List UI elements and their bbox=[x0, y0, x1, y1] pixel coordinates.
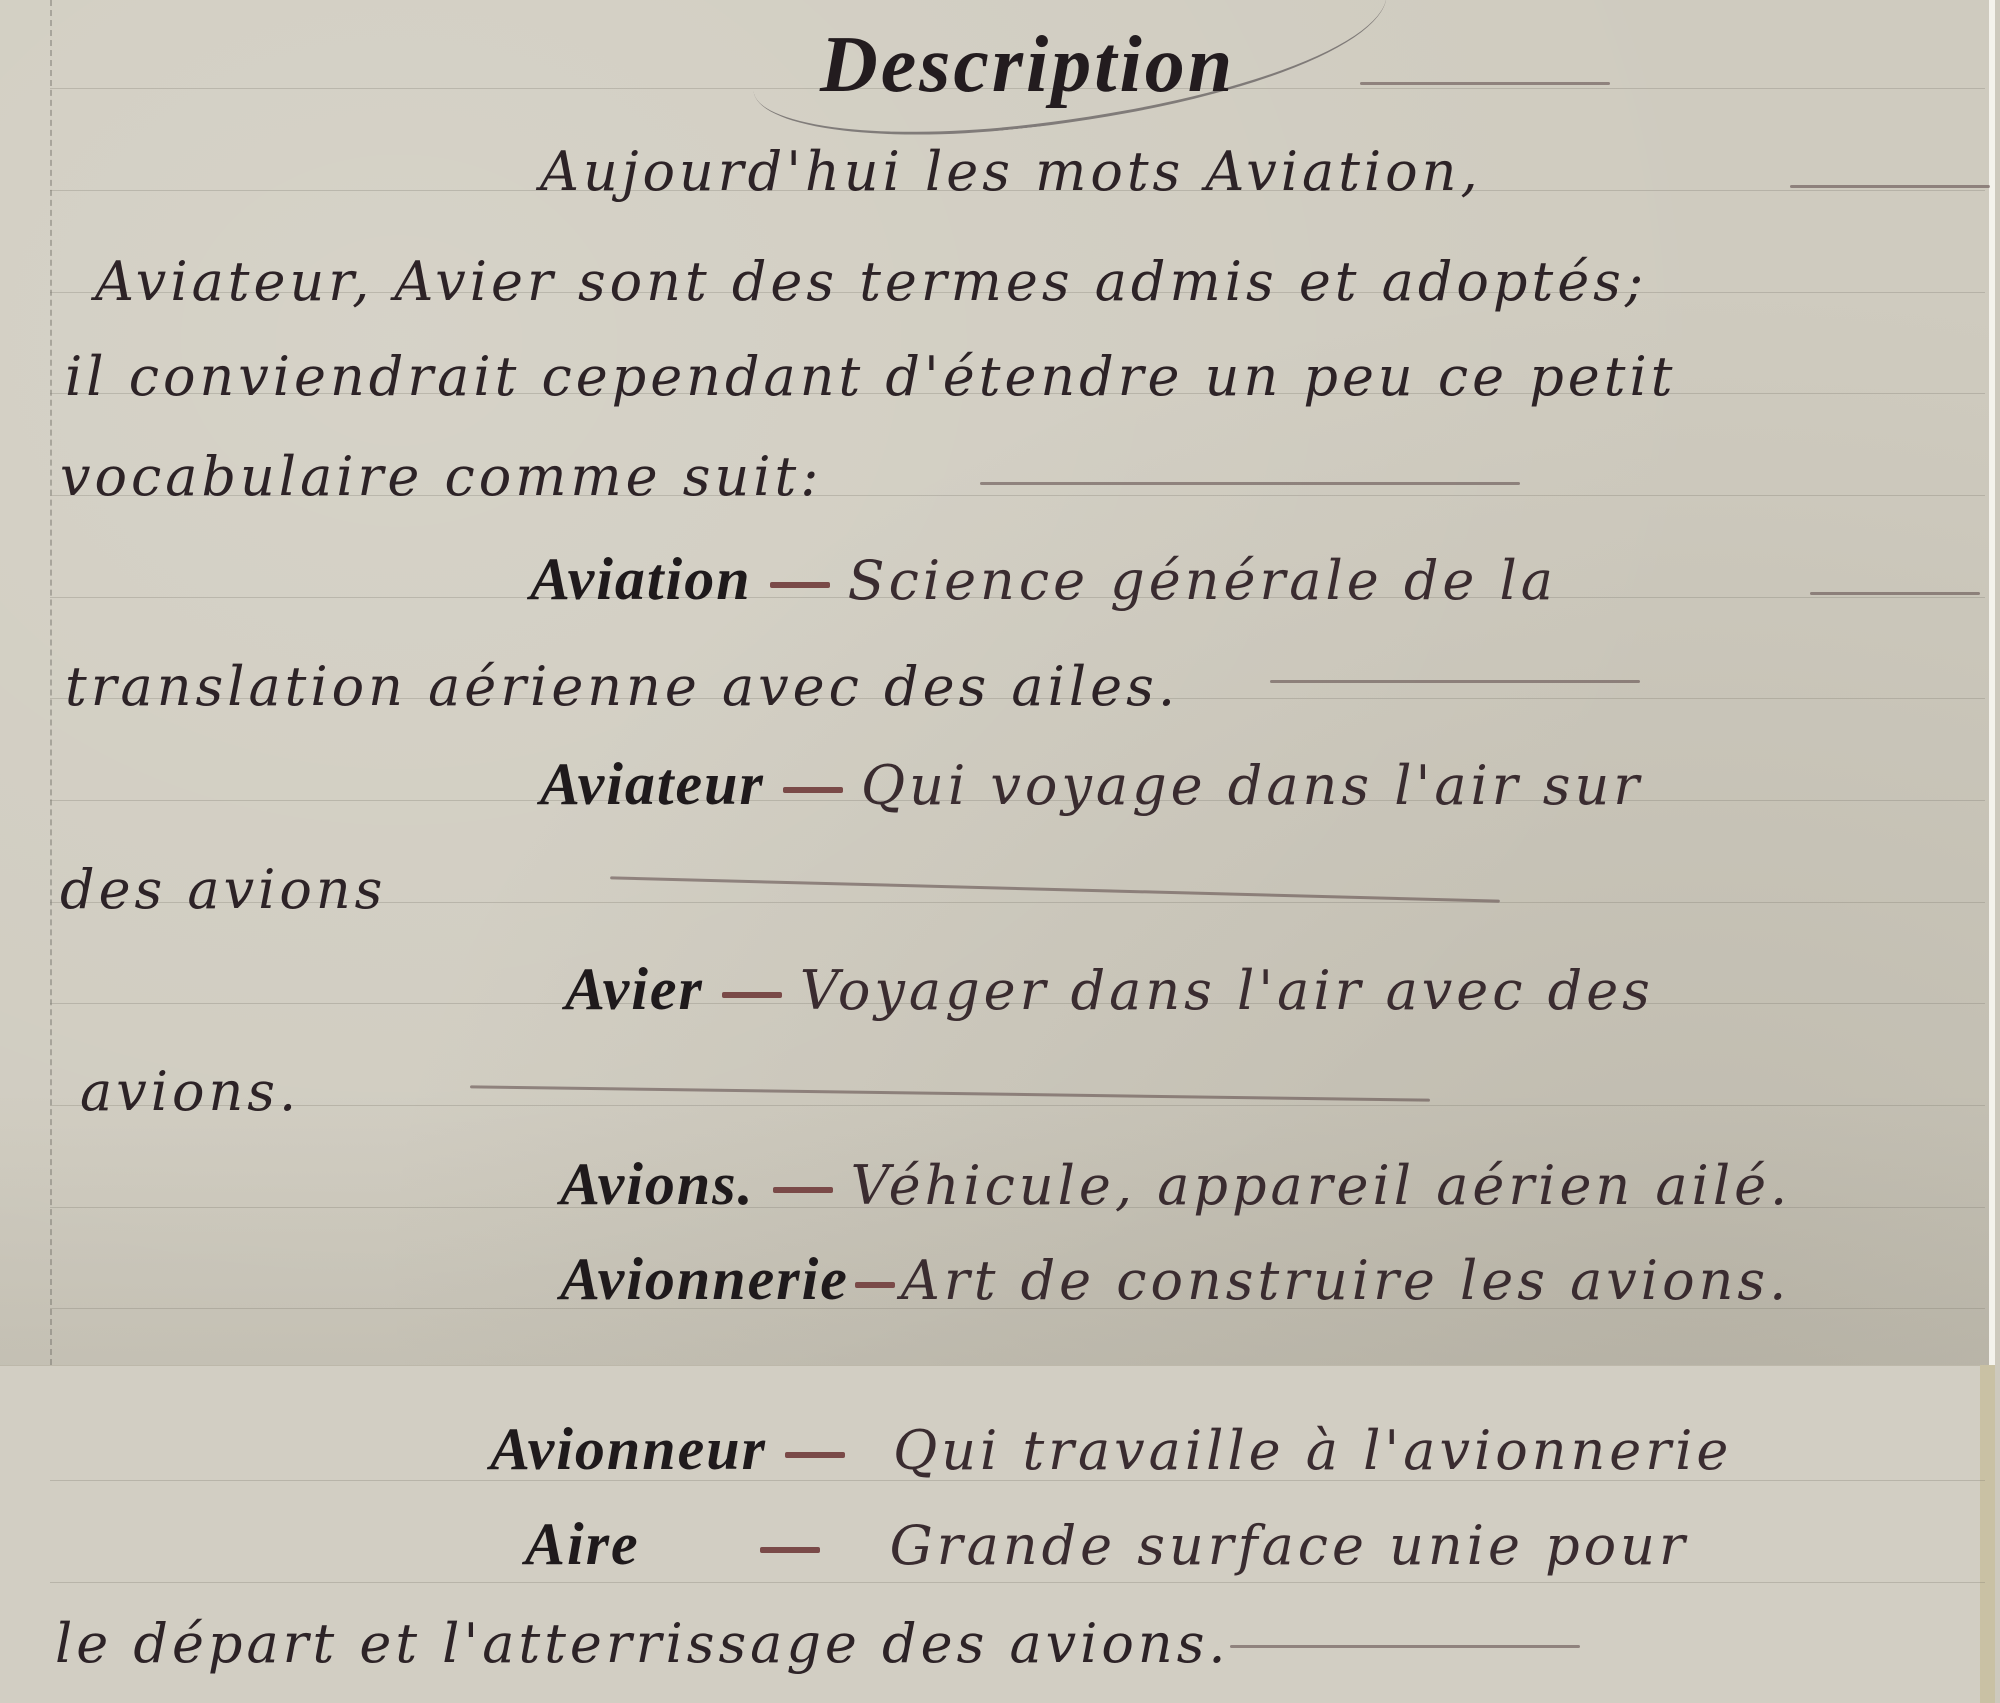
ruled-line bbox=[50, 1105, 1985, 1106]
entry-dash bbox=[785, 1452, 845, 1458]
entry-definition: Grande surface unie pour bbox=[890, 1514, 1689, 1577]
entry-definition: Science générale de la bbox=[848, 549, 1557, 612]
entry-dash bbox=[760, 1547, 820, 1553]
intro-line-4: vocabulaire comme suit: bbox=[60, 445, 822, 508]
entry-definition: Véhicule, appareil aérien ailé. bbox=[851, 1154, 1792, 1217]
page-title: Description bbox=[820, 20, 1235, 111]
intro-line-3: il conviendrait cependant d'étendre un p… bbox=[65, 345, 1676, 408]
page-edge-bottom bbox=[1980, 1365, 1995, 1703]
entry-term: Avionneur bbox=[490, 1416, 767, 1482]
entry-avionneur: AvionneurQui travaille à l'avionnerie bbox=[490, 1415, 1732, 1484]
entry-term: Aire bbox=[525, 1511, 640, 1577]
entry-aire: AireGrande surface unie pour bbox=[525, 1510, 1689, 1579]
intro-line-2: Aviateur, Avier sont des termes admis et… bbox=[95, 250, 1647, 313]
intro-line-1: Aujourd'hui les mots Aviation, bbox=[540, 140, 1482, 203]
entry-aviation: AviationScience générale de la bbox=[530, 545, 1557, 614]
entry-aire-continued: le départ et l'atterrissage des avions. bbox=[55, 1612, 1230, 1675]
entry-definition: Qui travaille à l'avionnerie bbox=[893, 1419, 1732, 1482]
entry-aviateur-continued: des avions bbox=[60, 858, 386, 921]
ruled-line bbox=[50, 1582, 1985, 1583]
entry-avionnerie: AvionnerieArt de construire les avions. bbox=[560, 1245, 1790, 1314]
filler-stroke bbox=[1790, 185, 1990, 188]
filler-stroke bbox=[1230, 1645, 1580, 1648]
entry-term: Aviateur bbox=[540, 751, 765, 817]
entry-avier: AvierVoyager dans l'air avec des bbox=[565, 955, 1654, 1024]
entry-avier-continued: avions. bbox=[80, 1060, 300, 1123]
entry-aviation-continued: translation aérienne avec des ailes. bbox=[65, 655, 1179, 718]
entry-term: Avier bbox=[565, 956, 704, 1022]
entry-dash bbox=[722, 992, 782, 998]
entry-dash bbox=[770, 582, 830, 588]
entry-definition: Art de construire les avions. bbox=[901, 1249, 1790, 1312]
entry-dash bbox=[773, 1187, 833, 1193]
entry-aviateur: AviateurQui voyage dans l'air sur bbox=[540, 750, 1643, 819]
entry-definition: Qui voyage dans l'air sur bbox=[861, 754, 1643, 817]
filler-stroke bbox=[1810, 592, 1980, 595]
entry-term: Aviation bbox=[530, 546, 752, 612]
entry-term: Avionnerie bbox=[560, 1246, 849, 1312]
filler-stroke bbox=[1360, 82, 1610, 85]
entry-dash bbox=[855, 1282, 895, 1288]
entry-avions: Avions.Véhicule, appareil aérien ailé. bbox=[560, 1150, 1791, 1219]
filler-stroke bbox=[1270, 680, 1640, 683]
margin-line bbox=[50, 0, 52, 1365]
manuscript-page: Description Aujourd'hui les mots Aviatio… bbox=[0, 0, 1995, 1703]
filler-stroke bbox=[980, 482, 1520, 485]
entry-dash bbox=[783, 787, 843, 793]
entry-term: Avions. bbox=[560, 1151, 755, 1217]
entry-definition: Voyager dans l'air avec des bbox=[800, 959, 1654, 1022]
